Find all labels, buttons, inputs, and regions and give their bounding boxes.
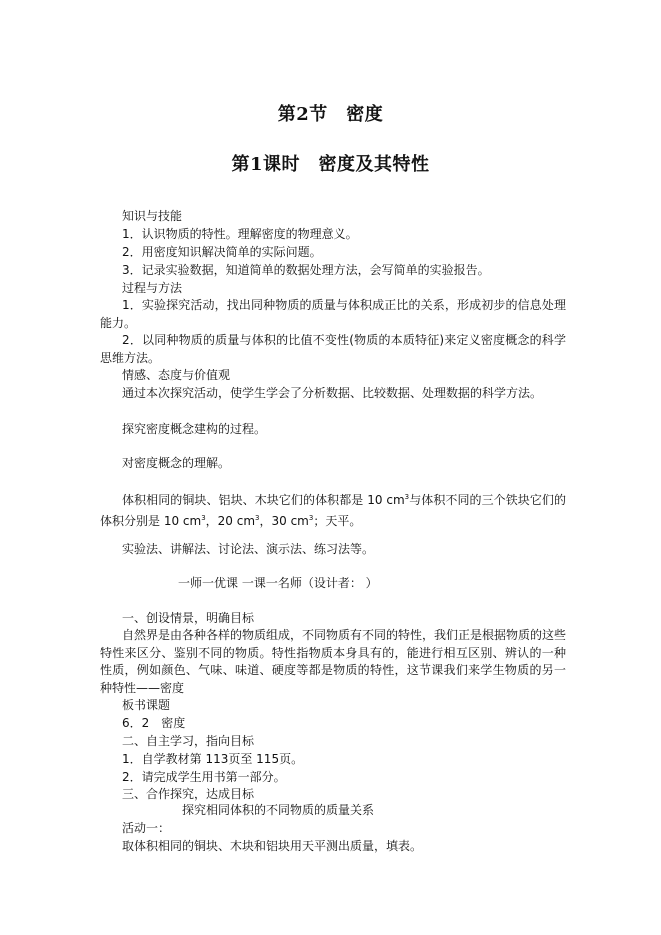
step1-heading: 一、创设情景，明确目标 [122, 610, 570, 627]
banner: 一师一优课 一课一名师（设计者： ） [178, 575, 648, 592]
lesson-title: 第1课时 密度及其特性 [0, 150, 661, 176]
materials-text: ，30 cm [260, 514, 309, 528]
board-title: 6．2 密度 [122, 715, 570, 732]
emotion-heading: 情感、态度与价值观 [122, 367, 570, 384]
process-item: 1．实验探究活动，找出同种物质的质量与体积成正比的关系，形成初步的信息处理能力。 [100, 297, 566, 332]
key-point: 探究密度概念建构的过程。 [122, 421, 570, 438]
step2-item: 2．请完成学生用书第一部分。 [122, 769, 570, 786]
section-title: 第2节 密度 [0, 100, 661, 126]
process-heading: 过程与方法 [122, 280, 570, 297]
step3-heading: 三、合作探究，达成目标 [122, 786, 570, 803]
knowledge-item: 2．用密度知识解决简单的实际问题。 [122, 244, 570, 261]
methods: 实验法、讲解法、讨论法、演示法、练习法等。 [122, 541, 570, 558]
knowledge-item: 3．记录实验数据，知道简单的数据处理方法，会写简单的实验报告。 [122, 262, 570, 279]
process-item: 2．以同种物质的质量与体积的比值不变性(物质的本质特征)来定义密度概念的科学思维… [100, 332, 566, 367]
materials-text: ，20 cm [206, 514, 255, 528]
knowledge-item: 1．认识物质的特性。理解密度的物理意义。 [122, 226, 570, 243]
inquiry-title: 探究相同体积的不同物质的质量关系 [182, 802, 652, 819]
step1-text: 自然界是由各种各样的物质组成，不同物质有不同的特性，我们正是根据物质的这些特性来… [100, 627, 566, 697]
step2-heading: 二、自主学习，指向目标 [122, 733, 570, 750]
document-page: 第2节 密度 第1课时 密度及其特性 知识与技能 1．认识物质的特性。理解密度的… [0, 0, 661, 935]
materials-text: 体积相同的铜块、铝块、木块它们的体积都是 10 cm [122, 493, 405, 507]
difficulty: 对密度概念的理解。 [122, 455, 570, 472]
board-title-label: 板书课题 [122, 697, 570, 714]
activity-text: 取体积相同的铜块、木块和铝块用天平测出质量，填表。 [122, 838, 570, 855]
step2-item: 1．自学教材第 113页至 115页。 [122, 751, 570, 768]
emotion-text: 通过本次探究活动，使学生学会了分析数据、比较数据、处理数据的科学方法。 [122, 385, 570, 402]
materials: 体积相同的铜块、铝块、木块它们的体积都是 10 cm3与体积不同的三个铁块它们的… [100, 489, 566, 530]
activity-label: 活动一： [122, 820, 570, 837]
knowledge-heading: 知识与技能 [122, 208, 570, 225]
materials-text: ；天平。 [313, 514, 361, 528]
